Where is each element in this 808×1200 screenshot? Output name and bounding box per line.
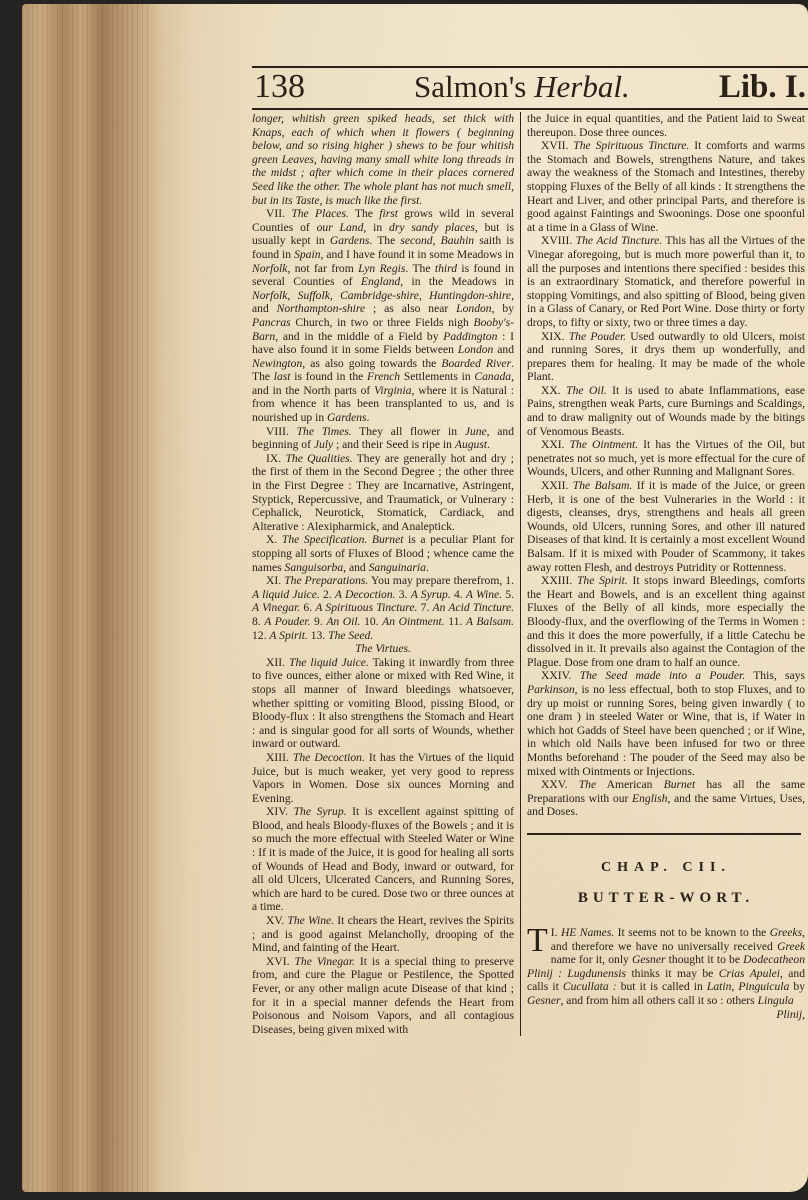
paragraph-XIII: XIII. The Decoction. It has the Virtues …: [252, 751, 514, 805]
paragraph-XI: XI. The Preparations. You may prepare th…: [252, 574, 514, 642]
paragraph-XVII: XVII. The Spirituous Tincture. It comfor…: [527, 139, 805, 234]
drop-cap: T: [527, 926, 548, 956]
catchword-text: Plinij,: [776, 1008, 805, 1021]
two-column-body: longer, whitish green spiked heads, set …: [252, 112, 808, 1036]
left-column-virtues-paragraphs: XII. The liquid Juice. Taking it inwardl…: [252, 656, 514, 1037]
chapter-first-paragraph: TI. HE Names. It seems not to be known t…: [527, 926, 805, 1008]
running-title: Salmon's Herbal.: [414, 69, 719, 105]
right-column: the Juice in equal quantities, and the P…: [520, 112, 805, 1036]
paragraph-XXIV: XXIV. The Seed made into a Pouder. This,…: [527, 669, 805, 778]
paragraph-cont2: the Juice in equal quantities, and the P…: [527, 112, 805, 139]
page-content: 138 Salmon's Herbal. Lib. I. longer, whi…: [252, 66, 808, 1036]
right-column-paragraphs: the Juice in equal quantities, and the P…: [527, 112, 805, 819]
chapter-end-rule: [527, 833, 801, 835]
paragraph-cont: longer, whitish green spiked heads, set …: [252, 112, 514, 207]
book-number: Lib. I.: [719, 69, 806, 106]
paragraph-XXI: XXI. The Ointment. It has the Virtues of…: [527, 438, 805, 479]
paragraph-XVI: XVI. The Vinegar. It is a special thing …: [252, 955, 514, 1037]
chapter-label: CHAP. CII.: [527, 861, 805, 875]
chapter-title: BUTTER-WORT.: [527, 892, 805, 906]
section-heading-virtues: The Virtues.: [252, 642, 514, 656]
paragraph-XXV: XXV. The American Burnet has all the sam…: [527, 778, 805, 819]
paragraph-XXII: XXII. The Balsam. If it is made of the J…: [527, 479, 805, 574]
paragraph-VII: VII. The Places. The first grows wild in…: [252, 207, 514, 425]
running-header: 138 Salmon's Herbal. Lib. I.: [252, 68, 808, 108]
paragraph-XV: XV. The Wine. It chears the Heart, reviv…: [252, 914, 514, 955]
paragraph-XIX: XIX. The Pouder. Used outwardly to old U…: [527, 330, 805, 384]
paragraph-XX: XX. The Oil. It is used to abate Inflamm…: [527, 384, 805, 438]
paragraph-XXIII: XXIII. The Spirit. It stops inward Bleed…: [527, 574, 805, 669]
running-title-roman: Salmon's: [414, 69, 526, 104]
paragraph-VIII: VIII. The Times. They all flower in June…: [252, 425, 514, 452]
catchword: Plinij,: [527, 1008, 805, 1022]
chapter-first-paragraph-text: I. HE Names. It seems not to be known to…: [527, 926, 805, 1007]
left-column: longer, whitish green spiked heads, set …: [252, 112, 520, 1036]
running-title-italic: Herbal.: [534, 69, 630, 104]
paragraph-X: X. The Specification. Burnet is a peculi…: [252, 533, 514, 574]
paragraph-XVIII: XVIII. The Acid Tincture. This has all t…: [527, 234, 805, 329]
header-bottom-rule: [252, 108, 808, 110]
left-column-paragraphs: longer, whitish green spiked heads, set …: [252, 112, 514, 642]
page-number: 138: [254, 68, 414, 106]
paragraph-XIV: XIV. The Syrup. It is excellent against …: [252, 805, 514, 914]
paragraph-IX: IX. The Qualities. They are generally ho…: [252, 452, 514, 534]
paragraph-XII: XII. The liquid Juice. Taking it inwardl…: [252, 656, 514, 751]
